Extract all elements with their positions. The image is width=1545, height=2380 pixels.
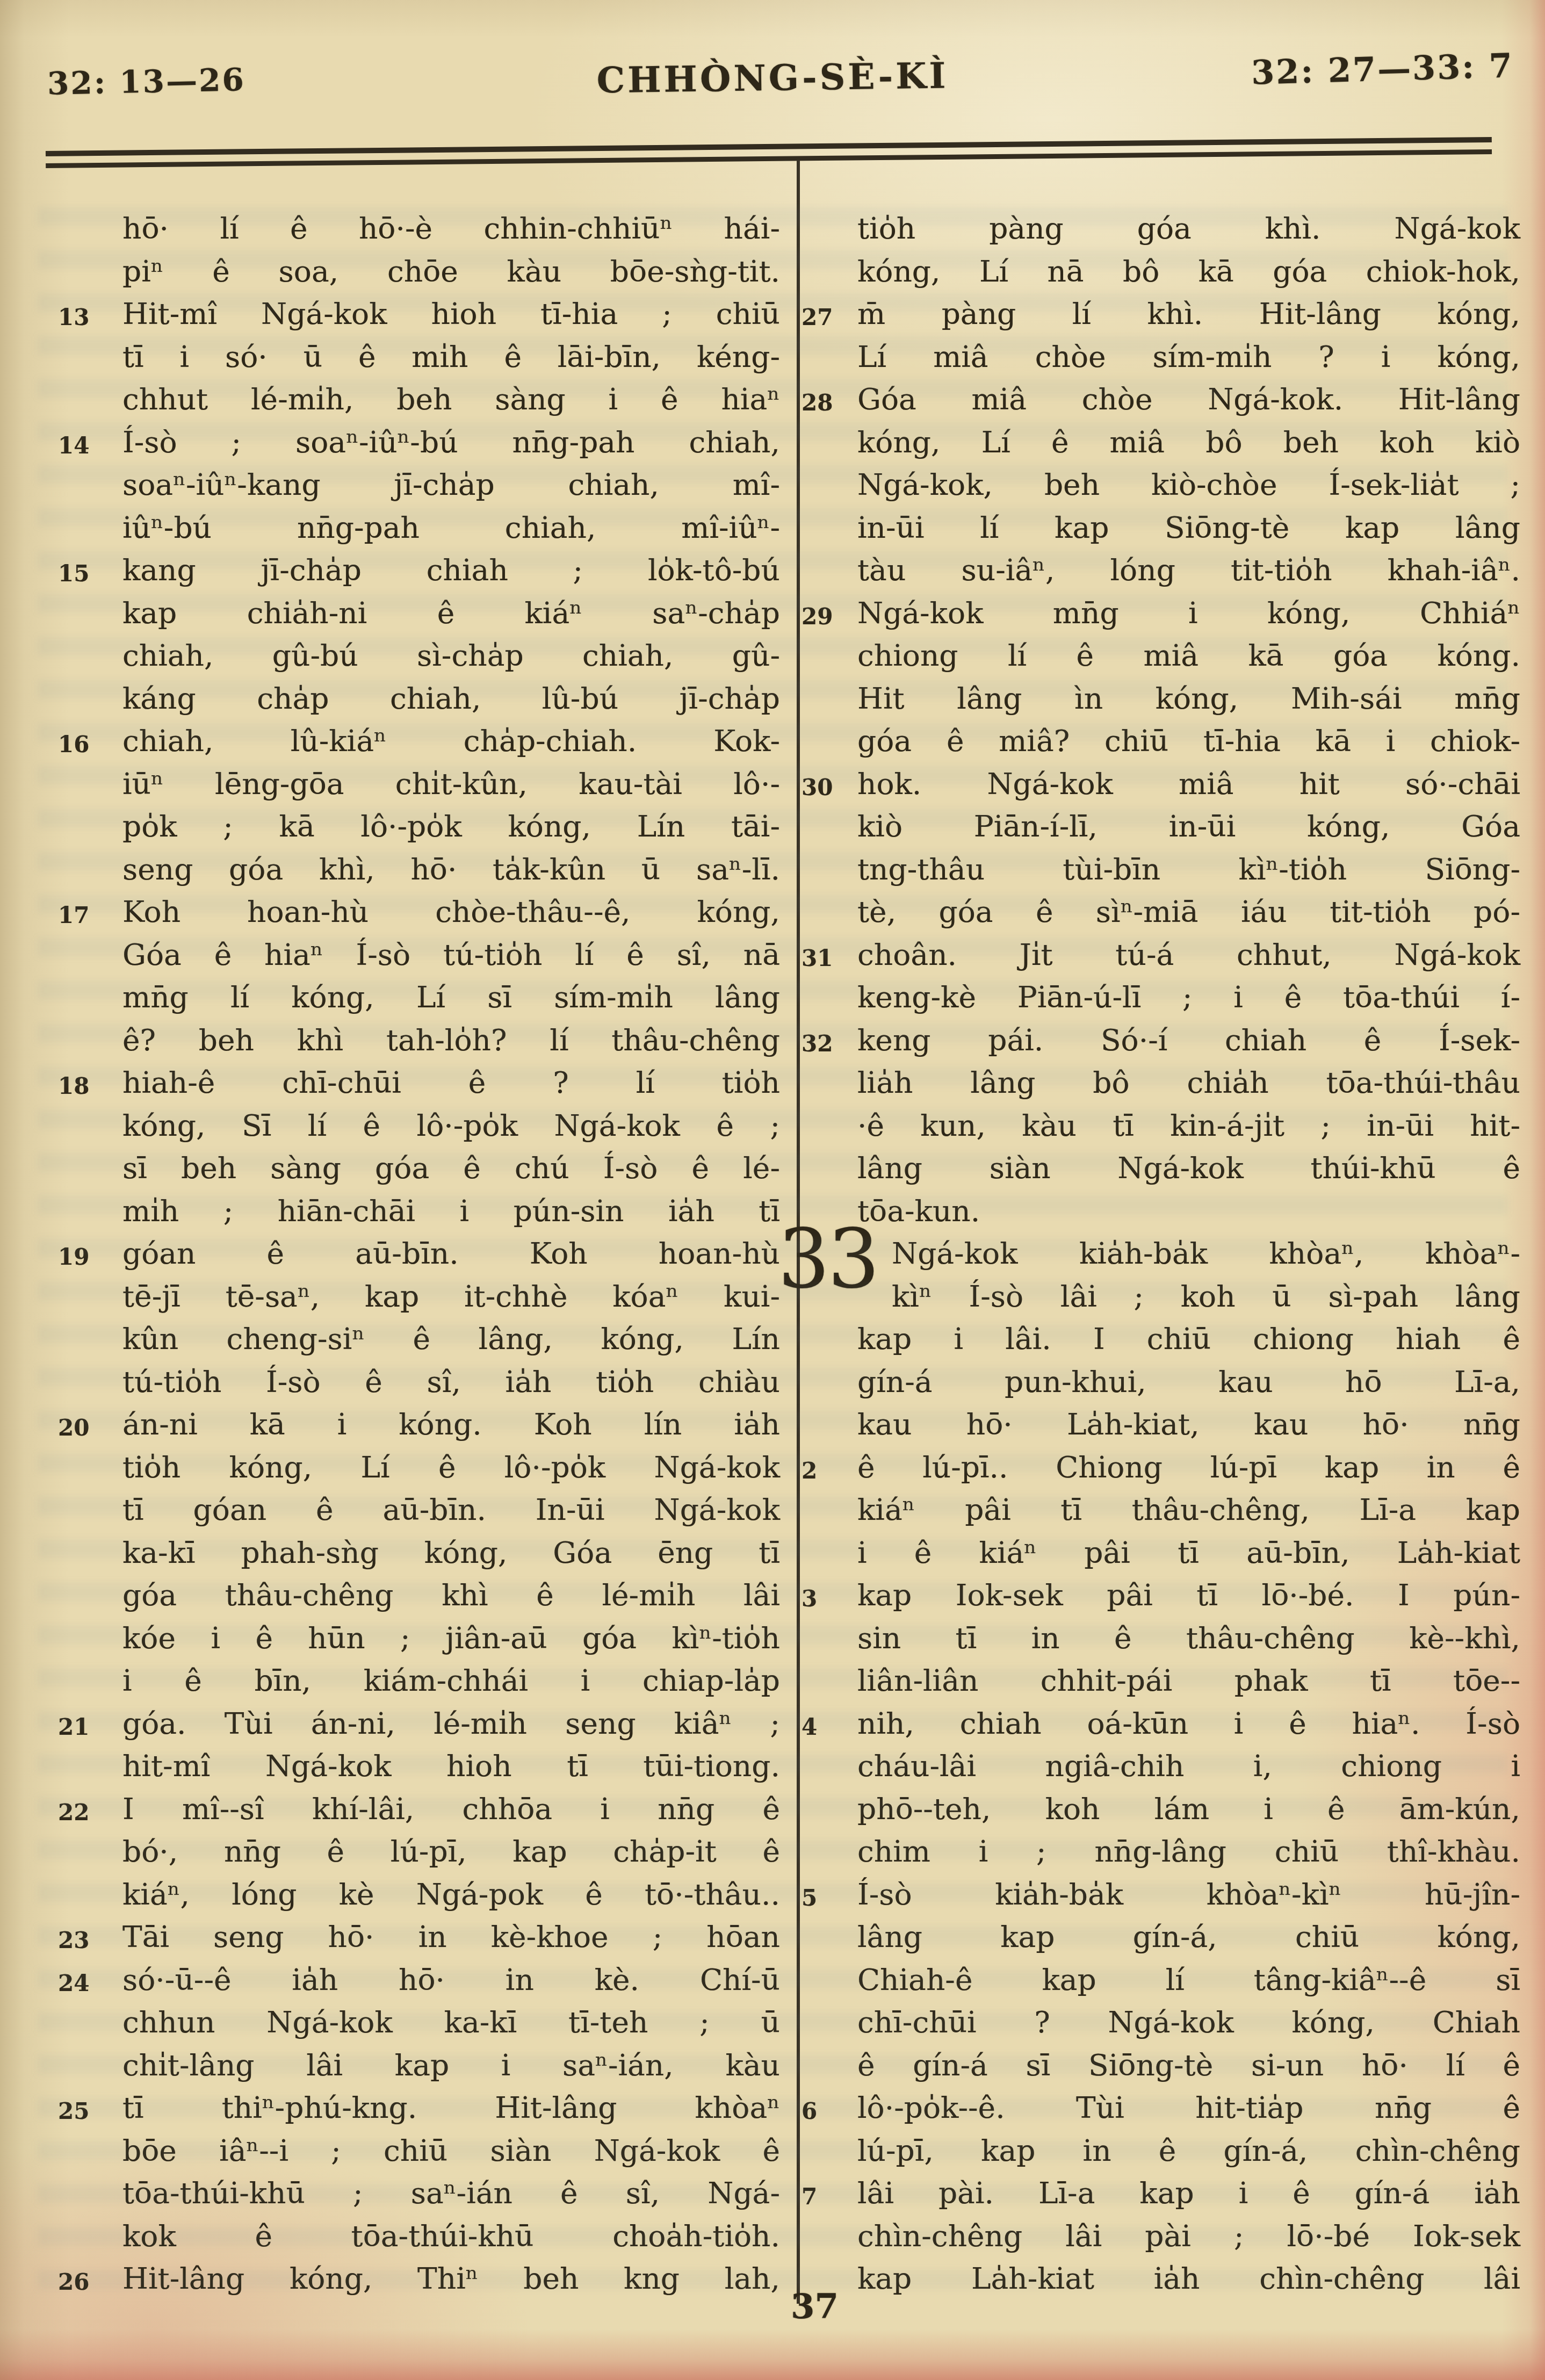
text-line: sin tī in ê thâu-chêng kè--khì, [857, 1617, 1520, 1660]
text-column-left: hō· lí ê hō·-è chhin-chhiūⁿ hái-piⁿ ê so… [122, 207, 780, 2300]
verse-text: Lí miâ chòe sím-mi̍h ? i kóng, [857, 340, 1520, 374]
verse-text: lia̍h lâng bô chia̍h tōa-thúi-thâu [857, 1065, 1520, 1100]
verse-number: 18 [58, 1065, 89, 1108]
text-line: tàu su-iâⁿ, lóng tit-tio̍h khah-iâⁿ. [857, 549, 1520, 592]
text-line: kau hō· La̍h-kiat, kau hō· nn̄g [857, 1403, 1520, 1446]
verse-text: tī i só· ū ê mi̍h ê lāi-bīn, kéng- [122, 340, 780, 374]
verse-text: góa. Tùi án-ni, lé-mi̍h seng kiâⁿ ; [122, 1706, 780, 1741]
text-line: bōe iâⁿ--i ; chiū siàn Ngá-kok ê [122, 2130, 780, 2173]
text-line: 23Tāi seng hō· in kè-khoe ; hōan [122, 1916, 780, 1959]
verse-text: tī góan ê aū-bīn. In-ūi Ngá-kok [122, 1492, 780, 1527]
verse-text: Hit-lâng kóng, Thiⁿ beh kng lah, [122, 2261, 780, 2296]
verse-text: lâi pài. Lī-a kap i ê gín-á ia̍h [857, 2176, 1520, 2210]
chapter-number: 33 [778, 1218, 877, 1300]
verse-text: kóng, Lí nā bô kā góa chiok-hok, [857, 254, 1520, 289]
text-line: 30hok. Ngá-kok miâ hit só·-chāi [857, 763, 1520, 806]
text-line: iûⁿ-bú nn̄g-pah chiah, mî-iûⁿ- [122, 507, 780, 550]
text-line: seng góa khì, hō· ta̍k-kûn ū saⁿ-lī. [122, 848, 780, 891]
text-line: 17Koh hoan-hù chòe-thâu--ê, kóng, [122, 891, 780, 934]
text-line: tōa-thúi-khū ; saⁿ-ián ê sî, Ngá- [122, 2172, 780, 2215]
verse-text: tē-jī tē-saⁿ, kap it-chhè kóaⁿ kui- [122, 1279, 780, 1314]
verse-number: 13 [58, 296, 89, 339]
text-line: chi̍t-lâng lâi kap i saⁿ-ián, kàu [122, 2044, 780, 2087]
verse-text: tàu su-iâⁿ, lóng tit-tio̍h khah-iâⁿ. [857, 553, 1520, 587]
header-verse-range-right: 32: 27—33: 7 [1251, 46, 1514, 92]
verse-text: kap i lâi. I chiū chiong hiah ê [857, 1322, 1520, 1356]
verse-text: tú-tio̍h Í-sò ê sî, ia̍h tio̍h chiàu [122, 1365, 780, 1399]
text-line: tōa-kun. [857, 1190, 1520, 1233]
verse-text: Ngá-kok mn̄g i kóng, Chhiáⁿ [857, 596, 1520, 630]
text-line: kap La̍h-kiat ia̍h chìn-chêng lâi [857, 2258, 1520, 2300]
verse-number: 7 [802, 2175, 817, 2218]
text-line: chim i ; nn̄g-lâng chiū thî-khàu. [857, 1830, 1520, 1873]
verse-number: 32 [802, 1022, 833, 1065]
text-line: cháu-lâi ngiâ-chih i, chiong i [857, 1745, 1520, 1788]
verse-number: 17 [58, 894, 89, 937]
verse-number: 27 [802, 296, 833, 339]
book-title: CHHÒNG-SÈ-KÌ [596, 54, 949, 101]
text-line: kok ê tōa-thúi-khū choa̍h-tio̍h. [122, 2215, 780, 2258]
verse-number: 4 [802, 1706, 817, 1749]
text-line: 28Góa miâ chòe Ngá-kok. Hit-lâng [857, 378, 1520, 421]
header-verse-range-left: 32: 13—26 [47, 61, 246, 102]
verse-text: hok. Ngá-kok miâ hit só·-chāi [857, 767, 1520, 801]
verse-text: po̍k ; kā lô·-po̍k kóng, Lín tāi- [122, 809, 780, 843]
verse-text: kiáⁿ pâi tī thâu-chêng, Lī-a kap [857, 1492, 1520, 1527]
text-line: 29Ngá-kok mn̄g i kóng, Chhiáⁿ [857, 592, 1520, 635]
text-line: tú-tio̍h Í-sò ê sî, ia̍h tio̍h chiàu [122, 1361, 780, 1404]
verse-text: tio̍h kóng, Lí ê lô·-po̍k Ngá-kok [122, 1450, 780, 1484]
text-line: tè, góa ê sìⁿ-miā iáu tit-tio̍h pó- [857, 891, 1520, 934]
verse-text: káng cha̍p chiah, lû-bú jī-cha̍p [122, 681, 780, 716]
text-line: kìⁿ Í-sò lâi ; koh ū sì-pah lâng [857, 1275, 1520, 1318]
verse-text: phō--teh, koh lám i ê ām-kún, [857, 1792, 1520, 1826]
verse-number: 25 [58, 2090, 89, 2133]
text-line: chiah, gû-bú sì-cha̍p chiah, gû- [122, 634, 780, 677]
verse-text: soaⁿ-iûⁿ-kang jī-cha̍p chiah, mî- [122, 467, 780, 502]
verse-text: kóe i ê hūn ; jiân-aū góa kìⁿ-tio̍h [122, 1621, 780, 1655]
verse-text: tng-thâu tùi-bīn kìⁿ-tio̍h Siōng- [857, 852, 1520, 886]
text-line: ·ê kun, kàu tī kin-á-ji̍t ; in-ūi hit- [857, 1105, 1520, 1148]
text-line: 7lâi pài. Lī-a kap i ê gín-á ia̍h [857, 2172, 1520, 2215]
text-line: ê gín-á sī Siōng-tè si-un hō· lí ê [857, 2044, 1520, 2087]
text-line: phō--teh, koh lám i ê ām-kún, [857, 1788, 1520, 1831]
verse-text: Í-sò ; soaⁿ-iûⁿ-bú nn̄g-pah chiah, [122, 425, 780, 459]
text-line: 2ê lú-pī.. Chiong lú-pī kap in ê [857, 1446, 1520, 1489]
verse-number: 14 [58, 424, 89, 467]
verse-text: Ngá-kok kia̍h-ba̍k khòaⁿ, khòaⁿ- [892, 1236, 1520, 1271]
verse-text: tī thiⁿ-phú-kng. Hit-lâng khòaⁿ [122, 2090, 780, 2125]
text-line: kóng, Lí nā bô kā góa chiok-hok, [857, 250, 1520, 293]
text-line: keng-kè Piān-ú-lī ; i ê tōa-thúi í- [857, 976, 1520, 1019]
verse-text: kap La̍h-kiat ia̍h chìn-chêng lâi [857, 2261, 1520, 2296]
verse-text: chi̍t-lâng lâi kap i saⁿ-ián, kàu [122, 2048, 780, 2082]
verse-text: kûn cheng-siⁿ ê lâng, kóng, Lín [122, 1322, 780, 1356]
text-line: gín-á pun-khui, kau hō Lī-a, [857, 1361, 1520, 1404]
verse-text: chim i ; nn̄g-lâng chiū thî-khàu. [857, 1834, 1520, 1869]
verse-text: iūⁿ lēng-gōa chi̍t-kûn, kau-tài lô·- [122, 767, 780, 801]
text-line: chìn-chêng lâi pài ; lō·-bé Iok-sek [857, 2215, 1520, 2258]
verse-text: Hit-mî Ngá-kok hioh tī-hia ; chiū [122, 297, 780, 331]
verse-number: 21 [58, 1706, 89, 1749]
verse-number: 28 [802, 381, 833, 424]
text-line: soaⁿ-iûⁿ-kang jī-cha̍p chiah, mî- [122, 464, 780, 507]
text-line: góa thâu-chêng khì ê lé-mi̍h lâi [122, 1574, 780, 1617]
verse-text: gín-á pun-khui, kau hō Lī-a, [857, 1365, 1520, 1399]
verse-number: 30 [802, 766, 833, 809]
verse-text: ê? beh khì tah-lo̍h? lí thâu-chêng [122, 1023, 780, 1057]
verse-text: Hit lâng ìn kóng, Mih-sái mn̄g [857, 681, 1520, 716]
text-line: Chiah-ê kap lí tâng-kiâⁿ--ê sī [857, 1959, 1520, 2002]
text-line: 18hiah-ê chī-chūi ê ? lí tio̍h [122, 1062, 780, 1105]
text-line: 3kap Iok-sek pâi tī lō·-bé. I pún- [857, 1574, 1520, 1617]
verse-number: 31 [802, 937, 833, 980]
page-number: 37 [791, 2287, 839, 2327]
text-line: 21góa. Tùi án-ni, lé-mi̍h seng kiâⁿ ; [122, 1703, 780, 1746]
text-line: tī góan ê aū-bīn. In-ūi Ngá-kok [122, 1489, 780, 1532]
text-line: bó·, nn̄g ê lú-pī, kap cha̍p-it ê [122, 1830, 780, 1873]
verse-text: Ngá-kok, beh kiò-chòe Í-sek-lia̍t ; [857, 467, 1520, 502]
text-line: sī beh sàng góa ê chú Í-sò ê lé- [122, 1147, 780, 1190]
verse-text: Góa miâ chòe Ngá-kok. Hit-lâng [857, 382, 1520, 416]
text-line: hit-mî Ngá-kok hioh tī tūi-tiong. [122, 1745, 780, 1788]
verse-number: 3 [802, 1577, 817, 1620]
text-column-right: tio̍h pàng góa khì. Ngá-kokkóng, Lí nā b… [857, 207, 1520, 2300]
text-line: lâng kap gín-á, chiū kóng, [857, 1916, 1520, 1959]
verse-text: ê lú-pī.. Chiong lú-pī kap in ê [857, 1450, 1520, 1484]
text-line: 14Í-sò ; soaⁿ-iûⁿ-bú nn̄g-pah chiah, [122, 421, 780, 464]
verse-text: bó·, nn̄g ê lú-pī, kap cha̍p-it ê [122, 1834, 780, 1869]
text-line: iūⁿ lēng-gōa chi̍t-kûn, kau-tài lô·- [122, 763, 780, 806]
text-line: ê? beh khì tah-lo̍h? lí thâu-chêng [122, 1019, 780, 1062]
text-line: 15kang jī-cha̍p chiah ; lo̍k-tô-bú [122, 549, 780, 592]
verse-text: iûⁿ-bú nn̄g-pah chiah, mî-iûⁿ- [122, 510, 780, 545]
text-line: i ê bīn, kiám-chhái i chiap-la̍p [122, 1660, 780, 1703]
verse-text: só·-ū--ê ia̍h hō· in kè. Chí-ū [122, 1963, 780, 1997]
verse-text: sī beh sàng góa ê chú Í-sò ê lé- [122, 1151, 780, 1185]
text-line: lú-pī, kap in ê gín-á, chìn-chêng [857, 2130, 1520, 2173]
verse-text: lú-pī, kap in ê gín-á, chìn-chêng [857, 2133, 1520, 2168]
verse-text: kiò Piān-í-lī, in-ūi kóng, Góa [857, 809, 1520, 843]
verse-text: liân-liân chhit-pái phak tī tōe-- [857, 1663, 1520, 1698]
verse-number: 23 [58, 1919, 89, 1962]
verse-text: lô·-po̍k--ê. Tùi hit-tia̍p nn̄g ê [857, 2090, 1520, 2125]
verse-text: Í-sò kia̍h-ba̍k khòaⁿ-kìⁿ hū-jîn- [857, 1877, 1520, 1912]
verse-number: 6 [802, 2090, 817, 2133]
verse-text: mi̍h ; hiān-chāi i pún-sin ia̍h tī [122, 1194, 780, 1228]
verse-number: 16 [58, 723, 89, 766]
text-line: kiáⁿ, lóng kè Ngá-pok ê tō·-thâu.. [122, 1873, 780, 1916]
verse-text: chhut lé-mi̍h, beh sàng i ê hiaⁿ [122, 382, 780, 416]
verse-text: in-ūi lí kap Siōng-tè kap lâng [857, 510, 1520, 545]
book-page: 32: 13—26 CHHÒNG-SÈ-KÌ 32: 27—33: 7 hō· … [0, 0, 1545, 2380]
verse-text: keng-kè Piān-ú-lī ; i ê tōa-thúi í- [857, 980, 1520, 1014]
text-line: liân-liân chhit-pái phak tī tōe-- [857, 1660, 1520, 1703]
text-line: 19góan ê aū-bīn. Koh hoan-hù [122, 1232, 780, 1275]
verse-text: ·ê kun, kàu tī kin-á-ji̍t ; in-ūi hit- [857, 1108, 1520, 1143]
verse-text: góa thâu-chêng khì ê lé-mi̍h lâi [122, 1578, 780, 1612]
text-line: 25tī thiⁿ-phú-kng. Hit-lâng khòaⁿ [122, 2087, 780, 2130]
verse-text: tio̍h pàng góa khì. Ngá-kok [857, 211, 1520, 246]
verse-number: 29 [802, 595, 833, 638]
text-line: tio̍h kóng, Lí ê lô·-po̍k Ngá-kok [122, 1446, 780, 1489]
verse-text: keng pái. Só·-í chiah ê Í-sek- [857, 1023, 1520, 1057]
text-line: góa ê miâ? chiū tī-hia kā i chiok- [857, 720, 1520, 763]
text-line: kóng, Sī lí ê lô·-po̍k Ngá-kok ê ; [122, 1105, 780, 1148]
text-line: kap i lâi. I chiū chiong hiah ê [857, 1318, 1520, 1361]
text-line: 13Hit-mî Ngá-kok hioh tī-hia ; chiū [122, 293, 780, 336]
verse-text: hit-mî Ngá-kok hioh tī tūi-tiong. [122, 1749, 780, 1783]
verse-text: kóng, Lí ê miâ bô beh koh kiò [857, 425, 1520, 459]
verse-text: kap Iok-sek pâi tī lō·-bé. I pún- [857, 1578, 1520, 1612]
verse-text: chhun Ngá-kok ka-kī tī-teh ; ū [122, 2005, 780, 2039]
verse-number: 5 [802, 1877, 817, 1920]
verse-text: hiah-ê chī-chūi ê ? lí tio̍h [122, 1065, 780, 1100]
verse-text: góa ê miâ? chiū tī-hia kā i chiok- [857, 724, 1520, 758]
text-line: piⁿ ê soa, chōe kàu bōe-sǹg-tit. [122, 250, 780, 293]
verse-text: piⁿ ê soa, chōe kàu bōe-sǹg-tit. [122, 254, 780, 289]
text-line: mi̍h ; hiān-chāi i pún-sin ia̍h tī [122, 1190, 780, 1233]
text-line: lia̍h lâng bô chia̍h tōa-thúi-thâu [857, 1062, 1520, 1105]
text-line: chhun Ngá-kok ka-kī tī-teh ; ū [122, 2001, 780, 2044]
verse-text: án-ni kā i kóng. Koh lín ia̍h [122, 1407, 780, 1441]
text-line: kûn cheng-siⁿ ê lâng, kóng, Lín [122, 1318, 780, 1361]
text-line: kóe i ê hūn ; jiân-aū góa kìⁿ-tio̍h [122, 1617, 780, 1660]
verse-text: seng góa khì, hō· ta̍k-kûn ū saⁿ-lī. [122, 852, 780, 886]
text-line: po̍k ; kā lô·-po̍k kóng, Lín tāi- [122, 805, 780, 848]
verse-text: kap chia̍h-ni ê kiáⁿ saⁿ-cha̍p [122, 596, 780, 630]
text-line: kóng, Lí ê miâ bô beh koh kiò [857, 421, 1520, 464]
verse-number: 20 [58, 1407, 89, 1449]
verse-text: Koh hoan-hù chòe-thâu--ê, kóng, [122, 895, 780, 929]
verse-text: góan ê aū-bīn. Koh hoan-hù [122, 1236, 780, 1271]
verse-text: Tāi seng hō· in kè-khoe ; hōan [122, 1920, 780, 1954]
text-line: 20án-ni kā i kóng. Koh lín ia̍h [122, 1403, 780, 1446]
text-line: Ngá-kok kia̍h-ba̍k khòaⁿ, khòaⁿ- [857, 1232, 1520, 1275]
verse-text: kok ê tōa-thúi-khū choa̍h-tio̍h. [122, 2219, 780, 2253]
text-line: 16chiah, lû-kiáⁿ cha̍p-chiah. Kok- [122, 720, 780, 763]
verse-text: Góa ê hiaⁿ Í-sò tú-tio̍h lí ê sî, nā [122, 937, 780, 972]
verse-number: 22 [58, 1791, 89, 1834]
verse-text: i ê bīn, kiám-chhái i chiap-la̍p [122, 1663, 780, 1698]
verse-text: mn̄g lí kóng, Lí sī sím-mi̍h lâng [122, 980, 780, 1014]
text-line: tī i só· ū ê mi̍h ê lāi-bīn, kéng- [122, 336, 780, 379]
verse-text: Chiah-ê kap lí tâng-kiâⁿ--ê sī [857, 1963, 1520, 1997]
header-double-rule [46, 137, 1492, 168]
text-line: hō· lí ê hō·-è chhin-chhiūⁿ hái- [122, 207, 780, 250]
text-line: kiáⁿ pâi tī thâu-chêng, Lī-a kap [857, 1489, 1520, 1532]
text-line: 31choân. Ji̍t tú-á chhut, Ngá-kok [857, 934, 1520, 977]
text-line: chī-chūi ? Ngá-kok kóng, Chiah [857, 2001, 1520, 2044]
text-line: chiong lí ê miâ kā góa kóng. [857, 634, 1520, 677]
verse-number: 2 [802, 1449, 817, 1492]
verse-text: m̄ pàng lí khì. Hit-lâng kóng, [857, 297, 1520, 331]
verse-text: hō· lí ê hō·-è chhin-chhiūⁿ hái- [122, 211, 780, 246]
verse-text: tè, góa ê sìⁿ-miā iáu tit-tio̍h pó- [857, 895, 1520, 929]
verse-text: kóng, Sī lí ê lô·-po̍k Ngá-kok ê ; [122, 1108, 780, 1143]
verse-text: ka-kī phah-sǹg kóng, Góa ēng tī [122, 1535, 780, 1570]
text-line: in-ūi lí kap Siōng-tè kap lâng [857, 507, 1520, 550]
text-line: Góa ê hiaⁿ Í-sò tú-tio̍h lí ê sî, nā [122, 934, 780, 977]
verse-text: chiah, lû-kiáⁿ cha̍p-chiah. Kok- [122, 724, 780, 758]
text-line: chhut lé-mi̍h, beh sàng i ê hiaⁿ [122, 378, 780, 421]
verse-text: chī-chūi ? Ngá-kok kóng, Chiah [857, 2005, 1520, 2039]
verse-text: lâng siàn Ngá-kok thúi-khū ê [857, 1151, 1520, 1185]
text-line: Hit lâng ìn kóng, Mih-sái mn̄g [857, 677, 1520, 720]
verse-text: cháu-lâi ngiâ-chih i, chiong i [857, 1749, 1520, 1783]
text-line: tio̍h pàng góa khì. Ngá-kok [857, 207, 1520, 250]
text-line: tē-jī tē-saⁿ, kap it-chhè kóaⁿ kui- [122, 1275, 780, 1318]
text-line: káng cha̍p chiah, lû-bú jī-cha̍p [122, 677, 780, 720]
verse-text: nih, chiah oá-kūn i ê hiaⁿ. Í-sò [857, 1706, 1520, 1741]
text-line: 26Hit-lâng kóng, Thiⁿ beh kng lah, [122, 2258, 780, 2300]
text-line: kap chia̍h-ni ê kiáⁿ saⁿ-cha̍p [122, 592, 780, 635]
verse-text: kìⁿ Í-sò lâi ; koh ū sì-pah lâng [892, 1279, 1520, 1314]
text-line: kiò Piān-í-lī, in-ūi kóng, Góa [857, 805, 1520, 848]
verse-text: chiah, gû-bú sì-cha̍p chiah, gû- [122, 638, 780, 673]
verse-text: kiáⁿ, lóng kè Ngá-pok ê tō·-thâu.. [122, 1877, 780, 1912]
verse-number: 24 [58, 1962, 89, 2005]
verse-number: 15 [58, 552, 89, 595]
text-line: Lí miâ chòe sím-mi̍h ? i kóng, [857, 336, 1520, 379]
text-line: 32keng pái. Só·-í chiah ê Í-sek- [857, 1019, 1520, 1062]
text-line: Ngá-kok, beh kiò-chòe Í-sek-lia̍t ; [857, 464, 1520, 507]
text-line: lâng siàn Ngá-kok thúi-khū ê [857, 1147, 1520, 1190]
text-line: ka-kī phah-sǹg kóng, Góa ēng tī [122, 1532, 780, 1575]
verse-text: ê gín-á sī Siōng-tè si-un hō· lí ê [857, 2048, 1520, 2082]
text-line: 22I mî--sî khí-lâi, chhōa i nn̄g ê [122, 1788, 780, 1831]
verse-text: chiong lí ê miâ kā góa kóng. [857, 638, 1520, 673]
verse-number: 26 [58, 2261, 89, 2304]
verse-text: kang jī-cha̍p chiah ; lo̍k-tô-bú [122, 553, 780, 587]
verse-text: lâng kap gín-á, chiū kóng, [857, 1920, 1520, 1954]
verse-text: i ê kiáⁿ pâi tī aū-bīn, La̍h-kiat [857, 1535, 1520, 1570]
verse-text: sin tī in ê thâu-chêng kè--khì, [857, 1621, 1520, 1655]
text-line: 27m̄ pàng lí khì. Hit-lâng kóng, [857, 293, 1520, 336]
text-line: mn̄g lí kóng, Lí sī sím-mi̍h lâng [122, 976, 780, 1019]
text-line: 24só·-ū--ê ia̍h hō· in kè. Chí-ū [122, 1959, 780, 2002]
verse-text: chìn-chêng lâi pài ; lō·-bé Iok-sek [857, 2219, 1520, 2253]
text-line: 5Í-sò kia̍h-ba̍k khòaⁿ-kìⁿ hū-jîn- [857, 1873, 1520, 1916]
verse-text: tōa-thúi-khū ; saⁿ-ián ê sî, Ngá- [122, 2176, 780, 2210]
verse-number: 19 [58, 1236, 89, 1279]
text-line: 6lô·-po̍k--ê. Tùi hit-tia̍p nn̄g ê [857, 2087, 1520, 2130]
verse-text: kau hō· La̍h-kiat, kau hō· nn̄g [857, 1407, 1520, 1441]
text-line: 4nih, chiah oá-kūn i ê hiaⁿ. Í-sò [857, 1703, 1520, 1746]
verse-text: I mî--sî khí-lâi, chhōa i nn̄g ê [122, 1792, 780, 1826]
verse-text: choân. Ji̍t tú-á chhut, Ngá-kok [857, 937, 1520, 972]
text-line: i ê kiáⁿ pâi tī aū-bīn, La̍h-kiat [857, 1532, 1520, 1575]
verse-text: bōe iâⁿ--i ; chiū siàn Ngá-kok ê [122, 2133, 780, 2168]
text-line: tng-thâu tùi-bīn kìⁿ-tio̍h Siōng- [857, 848, 1520, 891]
